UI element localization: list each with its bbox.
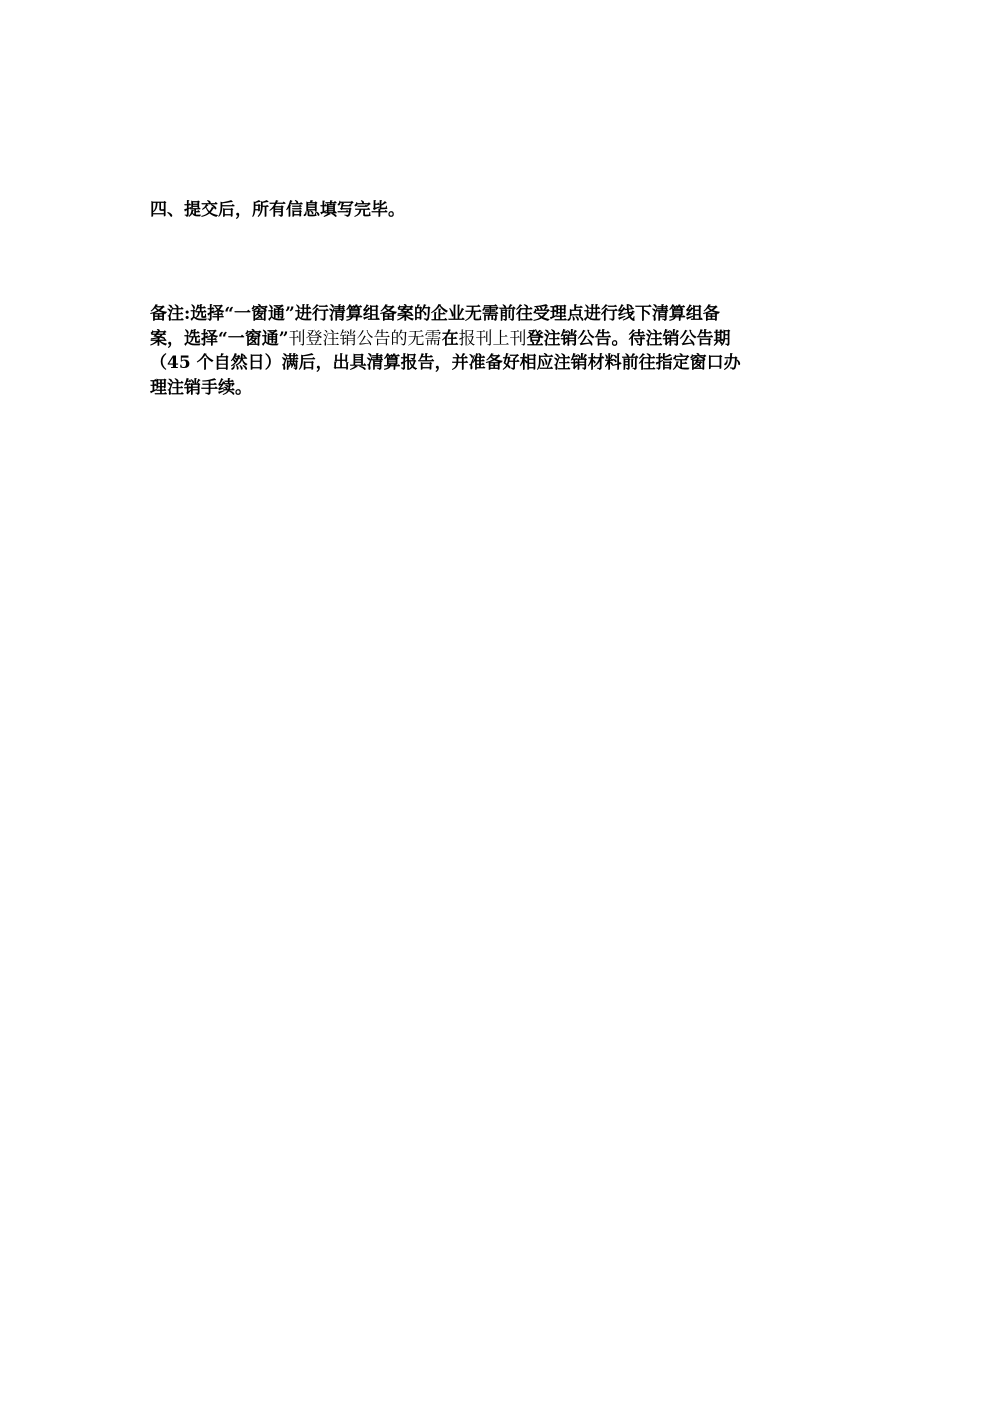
note-line-1: 备注:选择“一窗通”进行清算组备案的企业无需前往受理点进行线下清算组备 — [150, 302, 850, 327]
note-line-1-seg-1: 备注:选择“一窗通”进行清算组备案的企业无需前往受理点进行线下清算组备 — [150, 304, 720, 324]
note-line-2-seg-4: 报刊上刊 — [459, 329, 527, 349]
note-line-2-seg-1: 案，选择“一窗通” — [150, 329, 289, 349]
note-line-3: （45 个自然日）满后，出具清算报告，并准备好相应注销材料前往指定窗口办 — [150, 351, 850, 376]
note-line-2: 案，选择“一窗通”刊登注销公告的无需在报刊上刊登注销公告。待注销公告期 — [150, 327, 850, 352]
note-line-2-seg-3: 在 — [442, 329, 459, 349]
note-line-4-seg-1: 理注销手续。 — [150, 378, 252, 398]
note-line-3-seg-1: （45 个自然日）满后，出具清算报告，并准备好相应注销材料前往指定窗口办 — [150, 353, 741, 373]
document-page: 四、提交后，所有信息填写完毕。 备注:选择“一窗通”进行清算组备案的企业无需前往… — [0, 0, 998, 1403]
note-line-4: 理注销手续。 — [150, 376, 850, 401]
note-line-2-seg-5: 登注销公告。待注销公告期 — [527, 329, 731, 349]
note-line-2-seg-2: 刊登注销公告的无需 — [289, 329, 442, 349]
step-four-text: 四、提交后，所有信息填写完毕。 — [150, 198, 405, 222]
note-paragraph: 备注:选择“一窗通”进行清算组备案的企业无需前往受理点进行线下清算组备 案，选择… — [150, 302, 850, 400]
